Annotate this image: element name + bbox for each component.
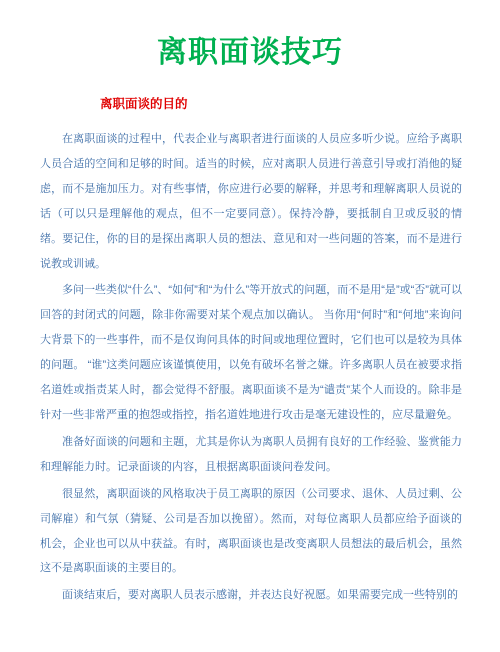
body-paragraph: 准备好面谈的问题和主题，尤其是你认为离职人员拥有良好的工作经验、鉴赏能力和理解能… [40, 430, 462, 480]
body-paragraph: 很显然，离职面谈的风格取决于员工离职的原因（公司要求、退休、人员过剩、公司解雇）… [40, 482, 462, 582]
document-body: 在离职面谈的过程中，代表企业与离职者进行面谈的人员应多听少说。应给予离职人员合适… [0, 127, 500, 608]
body-paragraph: 在离职面谈的过程中，代表企业与离职者进行面谈的人员应多听少说。应给予离职人员合适… [40, 127, 462, 276]
document-page: 离职面谈技巧 离职面谈的目的 在离职面谈的过程中，代表企业与离职者进行面谈的人员… [0, 0, 500, 652]
body-paragraph: 面谈结束后，要对离职人员表示感谢，并表达良好祝愿。如果需要完成一些特别的 [40, 583, 462, 608]
document-title: 离职面谈技巧 [0, 0, 500, 70]
section-heading: 离职面谈的目的 [100, 97, 500, 112]
body-paragraph: 多问一些类似“什么”、“如何”和“为什么”等开放式的问题，而不是用“是”或“否”… [40, 278, 462, 427]
